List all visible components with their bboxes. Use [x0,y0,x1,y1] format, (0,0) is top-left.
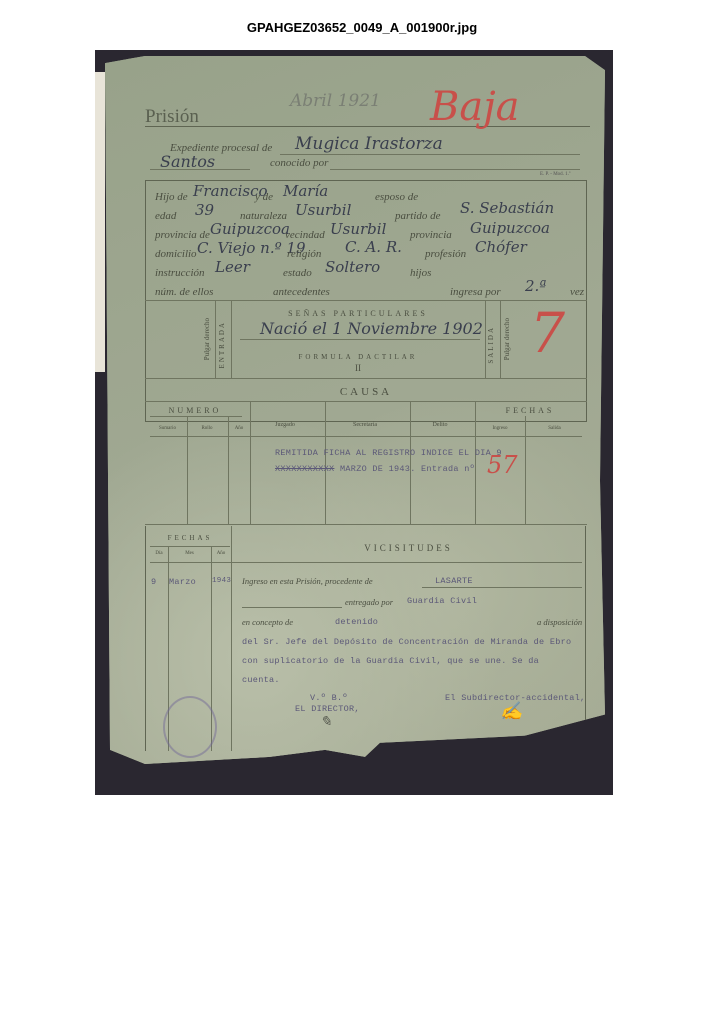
antecedentes-label: antecedentes [273,286,330,298]
naturaleza-value: Usurbil [295,201,351,219]
causa-col [475,401,476,524]
col-ingreso: Ingreso [475,426,525,431]
partido-label: partido de [395,210,441,222]
conocido-line [330,169,580,170]
hijos-label: hijos [410,267,431,279]
senas-divider [215,300,216,378]
numero-label: NUMERO [150,406,240,415]
causa-title: CAUSA [145,386,587,398]
hijo-label: Hijo de [155,191,188,203]
vb-label: V.º B.º [310,693,348,703]
provincia2-value: Guipuzcoa [470,219,550,237]
pulgar-entrada-label: Pulgar derecho [203,318,211,360]
vic-col [231,526,232,751]
procedente-line [422,587,582,588]
vic-text1: del Sr. Jefe del Depósito de Concentraci… [242,637,571,647]
salida-label: SALIDA [487,326,495,364]
date-year: 1943 [212,577,231,585]
causa-struck: XXXXXXXXXXX [275,464,334,474]
vic-text3: cuenta. [242,675,280,685]
expediente-line [280,154,580,155]
col-delito: Delito [410,422,470,428]
entregado-line [242,607,342,608]
causa-header-rule [150,436,582,437]
instruccion-label: instrucción [155,267,205,279]
entry-number: 57 [487,451,518,479]
scanned-document: Prisión Abril 1921 Baja Expediente proce… [95,50,613,795]
pencil-annotation: Abril 1921 [290,91,381,111]
entregado-value: Guardia Civil [407,596,477,606]
col-salida: Salida [527,426,582,431]
left-frame [145,526,146,751]
conocido-label: conocido por [270,157,328,169]
esposo-label: esposo de [375,191,418,203]
y-de-label: y de [255,191,273,203]
instruccion-value: Leer [215,258,250,276]
senas-title: SEÑAS PARTICULARES [231,309,485,318]
pulgar-salida-label: Pulgar derecho [503,318,511,360]
first-name-line [150,169,250,170]
form-title: Prisión [145,106,199,128]
partido-value: S. Sebastián [460,199,554,217]
profesion-value: Chófer [475,238,527,256]
causa-rule [145,401,587,402]
causa-col [325,401,326,524]
vic-fechas-label: FECHAS [150,534,230,542]
expediente-value: Mugica Irastorza [295,134,443,154]
estado-label: estado [283,267,312,279]
entregado-label: entregado por [345,597,393,607]
disposicion-label: a disposición [537,617,582,627]
director-signature: ✎ [320,714,332,730]
vic-fechas-rule [150,546,230,547]
date-month: Marzo [169,577,196,587]
causa-line2: MARZO DE 1943. Entrada nº [340,464,475,474]
red-annotation: Baja [430,84,520,130]
col-ano: Año [230,426,248,431]
col-secretaria: Secretaría [325,422,405,428]
col-juzgado: Juzgado [250,422,320,428]
causa-col [250,401,251,524]
provincia2-label: provincia [410,229,452,241]
vecindad-value: Usurbil [330,220,386,238]
causa-col [228,416,229,524]
vicisitudes-title: VICISITUDES [231,543,586,553]
num-label: núm. de ellos [155,286,213,298]
estado-value: Soltero [325,258,380,276]
provincia1-value: Guipuzcoa [210,220,290,238]
religion-label: religión [287,248,321,260]
vez-label: vez [570,286,584,298]
causa-bottom-rule [145,524,587,525]
col-ano-vic: Año [211,551,231,556]
prison-record-form: Prisión Abril 1921 Baja Expediente proce… [105,56,605,764]
senas-line [240,339,480,340]
col-sumario: Sumario [150,426,185,431]
director-label: EL DIRECTOR, [295,704,360,714]
causa-line1: REMITIDA FICHA AL REGISTRO INDICE EL DIA… [275,448,502,458]
vic-text2: con suplicatorio de la Guardia Civil, qu… [242,656,539,666]
col-rollo: Rollo [187,426,227,431]
senas-bottom-rule [145,378,587,379]
ingreso-label: Ingreso en esta Prisión, procedente de [242,576,373,586]
senas-value: Nació el 1 Noviembre 1902 [260,319,483,338]
edad-label: edad [155,210,176,222]
concepto-label: en concepto de [242,617,293,627]
form-code: E. P. - Mod. 1.º [540,172,570,177]
col-mes: Mes [168,551,211,556]
profesion-label: profesión [425,248,466,260]
religion-value: C. A. R. [345,238,402,256]
entrada-label: ENTRADA [218,321,226,368]
file-name: GPAHGEZ03652_0049_A_001900r.jpg [0,20,724,35]
ingresa-label: ingresa por [450,286,501,298]
causa-col [410,401,411,524]
subdirector-signature: ✍ [500,701,522,722]
col-dia: Día [150,551,168,556]
mother-name: María [283,182,328,200]
procedente-value: LASARTE [435,576,473,586]
formula-title: FORMULA DACTILAR [231,353,485,361]
senas-divider [485,300,486,378]
ingresa-value: 2.ª [525,277,546,295]
domicilio-label: domicilio [155,248,197,260]
paper-edge [95,72,105,372]
fechas-label: FECHAS [475,406,585,415]
right-frame [585,526,586,751]
formula-value: II [355,363,361,373]
title-rule [145,126,590,127]
concepto-value: detenido [335,617,378,627]
edad-value: 39 [195,201,214,219]
senas-divider [500,300,501,378]
causa-col [525,416,526,524]
senas-top-rule [145,300,587,301]
red-mark: 7 [530,301,565,365]
causa-col [187,416,188,524]
date-day: 9 [151,577,156,587]
official-stamp [163,696,217,758]
vic-header-rule [150,562,582,563]
